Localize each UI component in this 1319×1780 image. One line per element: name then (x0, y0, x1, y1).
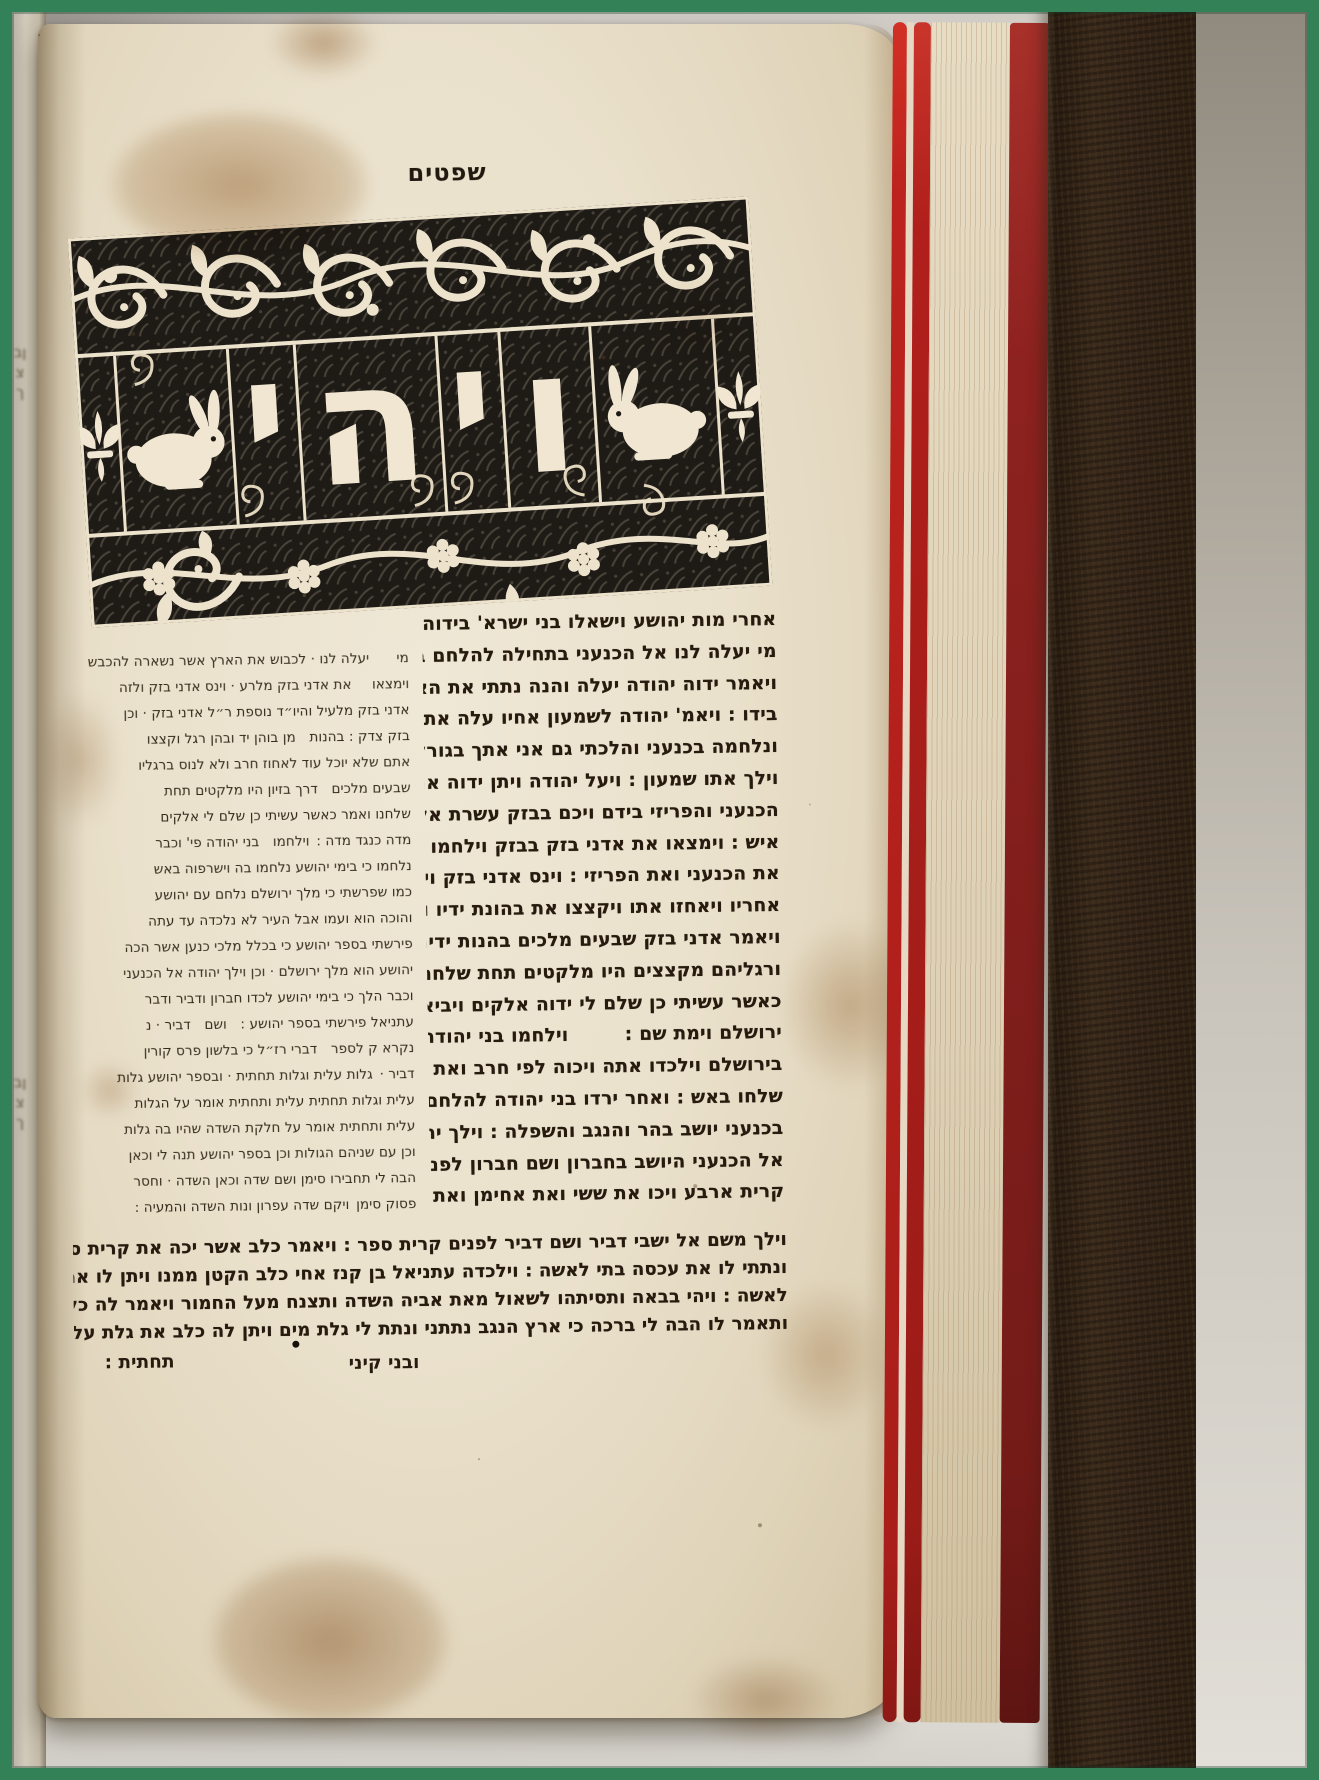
text-line: ירושלם וימת שם : וילחמו בני יהודה (428, 1017, 782, 1054)
leather-binding (1048, 0, 1198, 1780)
page-edge-stack (921, 22, 1010, 1722)
text-line: קרית ארבע ויכו את ששי ואת אחימן ואת תלמי… (430, 1176, 784, 1213)
text-line: ויאמר ידוה יהודה יעלה והנה נתתי את הארץ (423, 668, 777, 705)
margin-bleed-marks: ןבצך (12, 1072, 28, 1222)
text-line: וילך אתו שמעון : ויעל יהודה ויתן ידוה את… (424, 763, 778, 800)
text-line: אחריו ויאחזו אתו ויקצצו את בהונת ידיו ור… (426, 890, 780, 927)
paper-flecks (38, 34, 40, 36)
text-line: ורגליהם מקצצים היו מלקטים תחת שלחני כא (427, 954, 781, 991)
headpiece-letter: ו (514, 313, 584, 512)
overflow-word: תחתית : (104, 1350, 174, 1375)
text-line: הכנעני והפריזי בידם ויכם בבזק עשרת אלפים (425, 795, 779, 832)
section-start-word: ובני קיני (349, 1351, 420, 1376)
background-cloth-right (1196, 0, 1307, 1768)
text-line: פסוק סימן ויקם שדה עפרון ונות השדה והמעי… (72, 1191, 416, 1222)
headpiece-letter: ה (306, 323, 433, 526)
text-line: ונלחמה בכנעני והלכתי גם אני אתך בגורלך ו… (424, 731, 778, 768)
text-line: ויאמר אדני בזק שבעים מלכים בהנות ידיהם ו (427, 922, 781, 959)
text-line: כאשר עשיתי כן שלם לי ידוה אלקים ויביאהו … (427, 985, 781, 1022)
text-line: איש : וימצאו את אדני בזק בבזק וילחמו בו … (425, 826, 779, 863)
text-line: אל הכנעני היושב בחברון ושם חברון לפנים ק… (430, 1144, 784, 1181)
text-line: שלחו באש : ואחר ירדו בני יהודה להלחם בכנ (429, 1081, 783, 1118)
text-line: אחרי מות יהושע וישאלו בני ישרא' בידוה לא… (422, 604, 776, 641)
margin-bleed-marks: ןבצך (12, 342, 28, 402)
photograph: ןבצך ןבצך שפטים (0, 0, 1319, 1780)
bottom-text-block: וילך משם אל ישבי דביר ושם דביר לפנים קרי… (73, 1226, 788, 1348)
woodcut-headpiece-art: י ה י ו (68, 196, 773, 627)
commentary-column: מי יעלה לנו · לכבוש את הארץ אשר נשארה לה… (65, 645, 417, 1222)
ink-dot (292, 1341, 299, 1348)
text-line: מי יעלה לנו אל הכנעני בתחילה להלחם בו : … (423, 636, 777, 673)
page-content: שפטים (38, 22, 922, 1728)
text-line: בירושלם וילכדו אתה ויכוה לפי חרב ואת העי… (428, 1049, 782, 1086)
woodcut-headpiece: י ה י ו (68, 196, 773, 627)
running-header: שפטים (372, 157, 522, 187)
bible-text-column: אחרי מות יהושע וישאלו בני ישרא' בידוה לא… (422, 604, 784, 1213)
text-line: את הכנעני ואת הפריזי : וינס אדני בזק ויר… (426, 858, 780, 895)
text-line: בידו : ויאמ' יהודה לשמעון אחיו עלה אתי ב… (423, 699, 777, 736)
text-line: בכנעני יושב בהר והנגב והשפלה : וילך יהוד… (429, 1113, 783, 1150)
